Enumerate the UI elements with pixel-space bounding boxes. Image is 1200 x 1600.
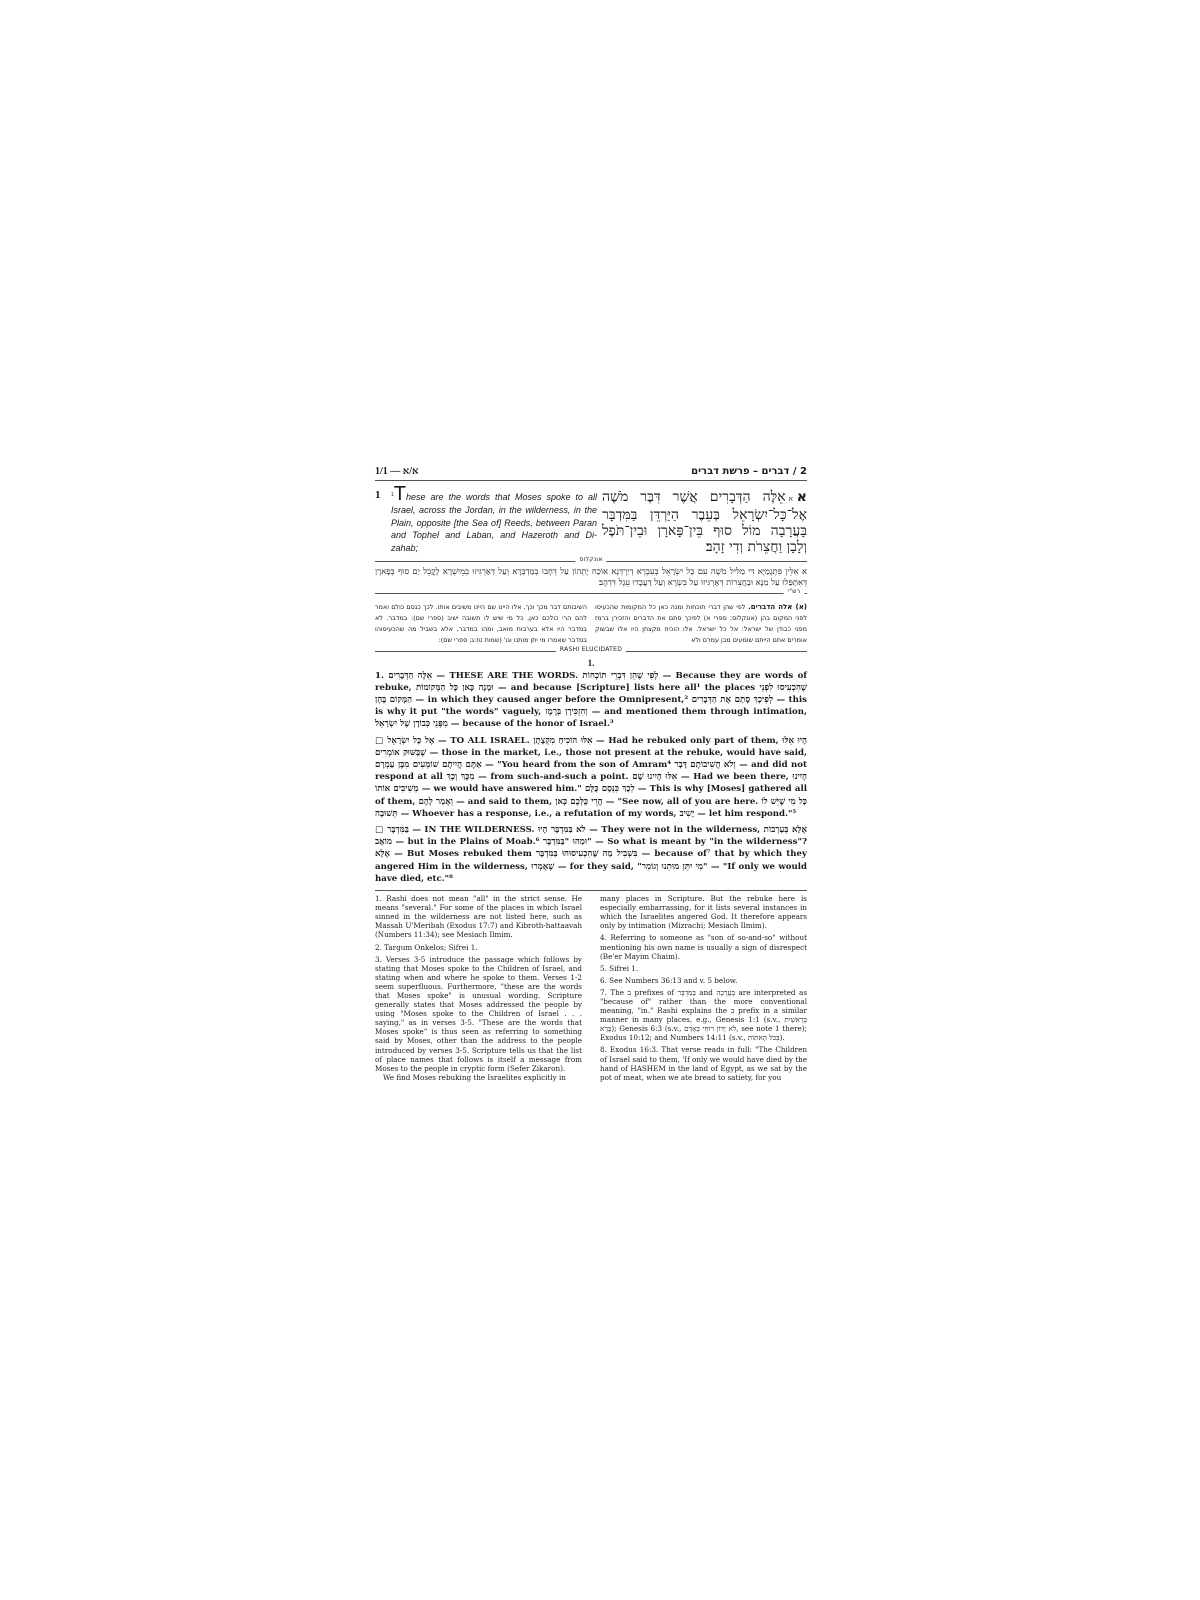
english-verse-text: 1These are the words that Moses spoke to… [391, 489, 597, 555]
rashi-heading: (א) אלה הדברים. [748, 603, 807, 611]
english-verse-number: 1 [375, 489, 391, 555]
rashi-label: רש"י [784, 588, 805, 595]
hebrew-verse-number: א [789, 495, 793, 503]
running-head-reference: 1/1 — א/א [375, 466, 418, 477]
english-verse: 1 1These are the words that Moses spoke … [375, 489, 597, 555]
book-page: 1/1 — א/א 2 / דברים – פרשת דברים 1 1Thes… [375, 466, 807, 1085]
footnote-2: 2. Targum Onkelos; Sifrei 1. [375, 943, 582, 952]
onkelos-label: אונקלוס [575, 556, 606, 563]
footnotes-left-column: 1. Rashi does not mean "all" in the stri… [375, 894, 582, 1085]
onkelos-divider: אונקלוס [375, 561, 807, 566]
footnotes-divider [375, 890, 807, 891]
elucidated-paragraph-2: □ אֶל כָּל יִשְׂרָאֵל — TO ALL ISRAEL. א… [375, 735, 807, 820]
footnote-4: 4. Referring to someone as "son of so-an… [600, 933, 807, 960]
hebrew-chapter-number: א [797, 489, 807, 505]
elucidated-divider: RASHI ELUCIDATED [375, 651, 807, 656]
footnote-7: 7. The ב prefixes of בַּמִּדְבָּר and בָ… [600, 988, 807, 1043]
footnote-3-continuation: many places in Scripture. But the rebuke… [600, 894, 807, 930]
rashi-column-right: (א) אלה הדברים. לפי שהן דברי תוכחות ומנה… [595, 602, 807, 647]
rashi-column-left: השיבותם דבר מכך וכך, אלו היינו שם היינו … [375, 602, 587, 647]
footnote-5: 5. Sifrei 1. [600, 964, 807, 973]
running-head-title: 2 / דברים – פרשת דברים [691, 466, 807, 477]
elucidated-verse-number: 1. [375, 658, 807, 668]
hebrew-verse: אאאֵלֶּה הַדְּבָרִים אֲשֶׁר דִּבֶּר מֹשֶ… [602, 489, 807, 555]
verse-block: 1 1These are the words that Moses spoke … [375, 489, 807, 555]
drop-cap: T [394, 483, 406, 505]
footnote-6: 6. See Numbers 36:13 and v. 5 below. [600, 976, 807, 985]
rashi-hebrew: (א) אלה הדברים. לפי שהן דברי תוכחות ומנה… [375, 602, 807, 647]
onkelos-text: א אִלֵּין פִּתְגָמַיָּא דִּי מַלִּיל מֹש… [375, 566, 807, 589]
english-verse-body: hese are the words that Moses spoke to a… [391, 492, 597, 553]
footnotes-right-column: many places in Scripture. But the rebuke… [600, 894, 807, 1085]
hebrew-verse-text: אֵלֶּה הַדְּבָרִים אֲשֶׁר דִּבֶּר מֹשֶׁה… [602, 489, 807, 555]
footnote-8: 8. Exodus 16:3. That verse reads in full… [600, 1045, 807, 1081]
footnote-3: 3. Verses 3-5 introduce the passage whic… [375, 955, 582, 1073]
rashi-divider: רש"י [375, 593, 807, 598]
elucidated-paragraph-1: 1. אֵלֶּה הַדְּבָרִים — THESE ARE THE WO… [375, 670, 807, 731]
footnote-1: 1. Rashi does not mean "all" in the stri… [375, 894, 582, 939]
footnote-3-continued: We find Moses rebuking the Israelites ex… [375, 1073, 582, 1082]
running-head: 1/1 — א/א 2 / דברים – פרשת דברים [375, 466, 807, 481]
elucidated-paragraph-3: □ בַּמִּדְבָּר — IN THE WILDERNESS. לֹא … [375, 824, 807, 885]
elucidated-label: RASHI ELUCIDATED [556, 646, 626, 653]
footnotes: 1. Rashi does not mean "all" in the stri… [375, 894, 807, 1085]
